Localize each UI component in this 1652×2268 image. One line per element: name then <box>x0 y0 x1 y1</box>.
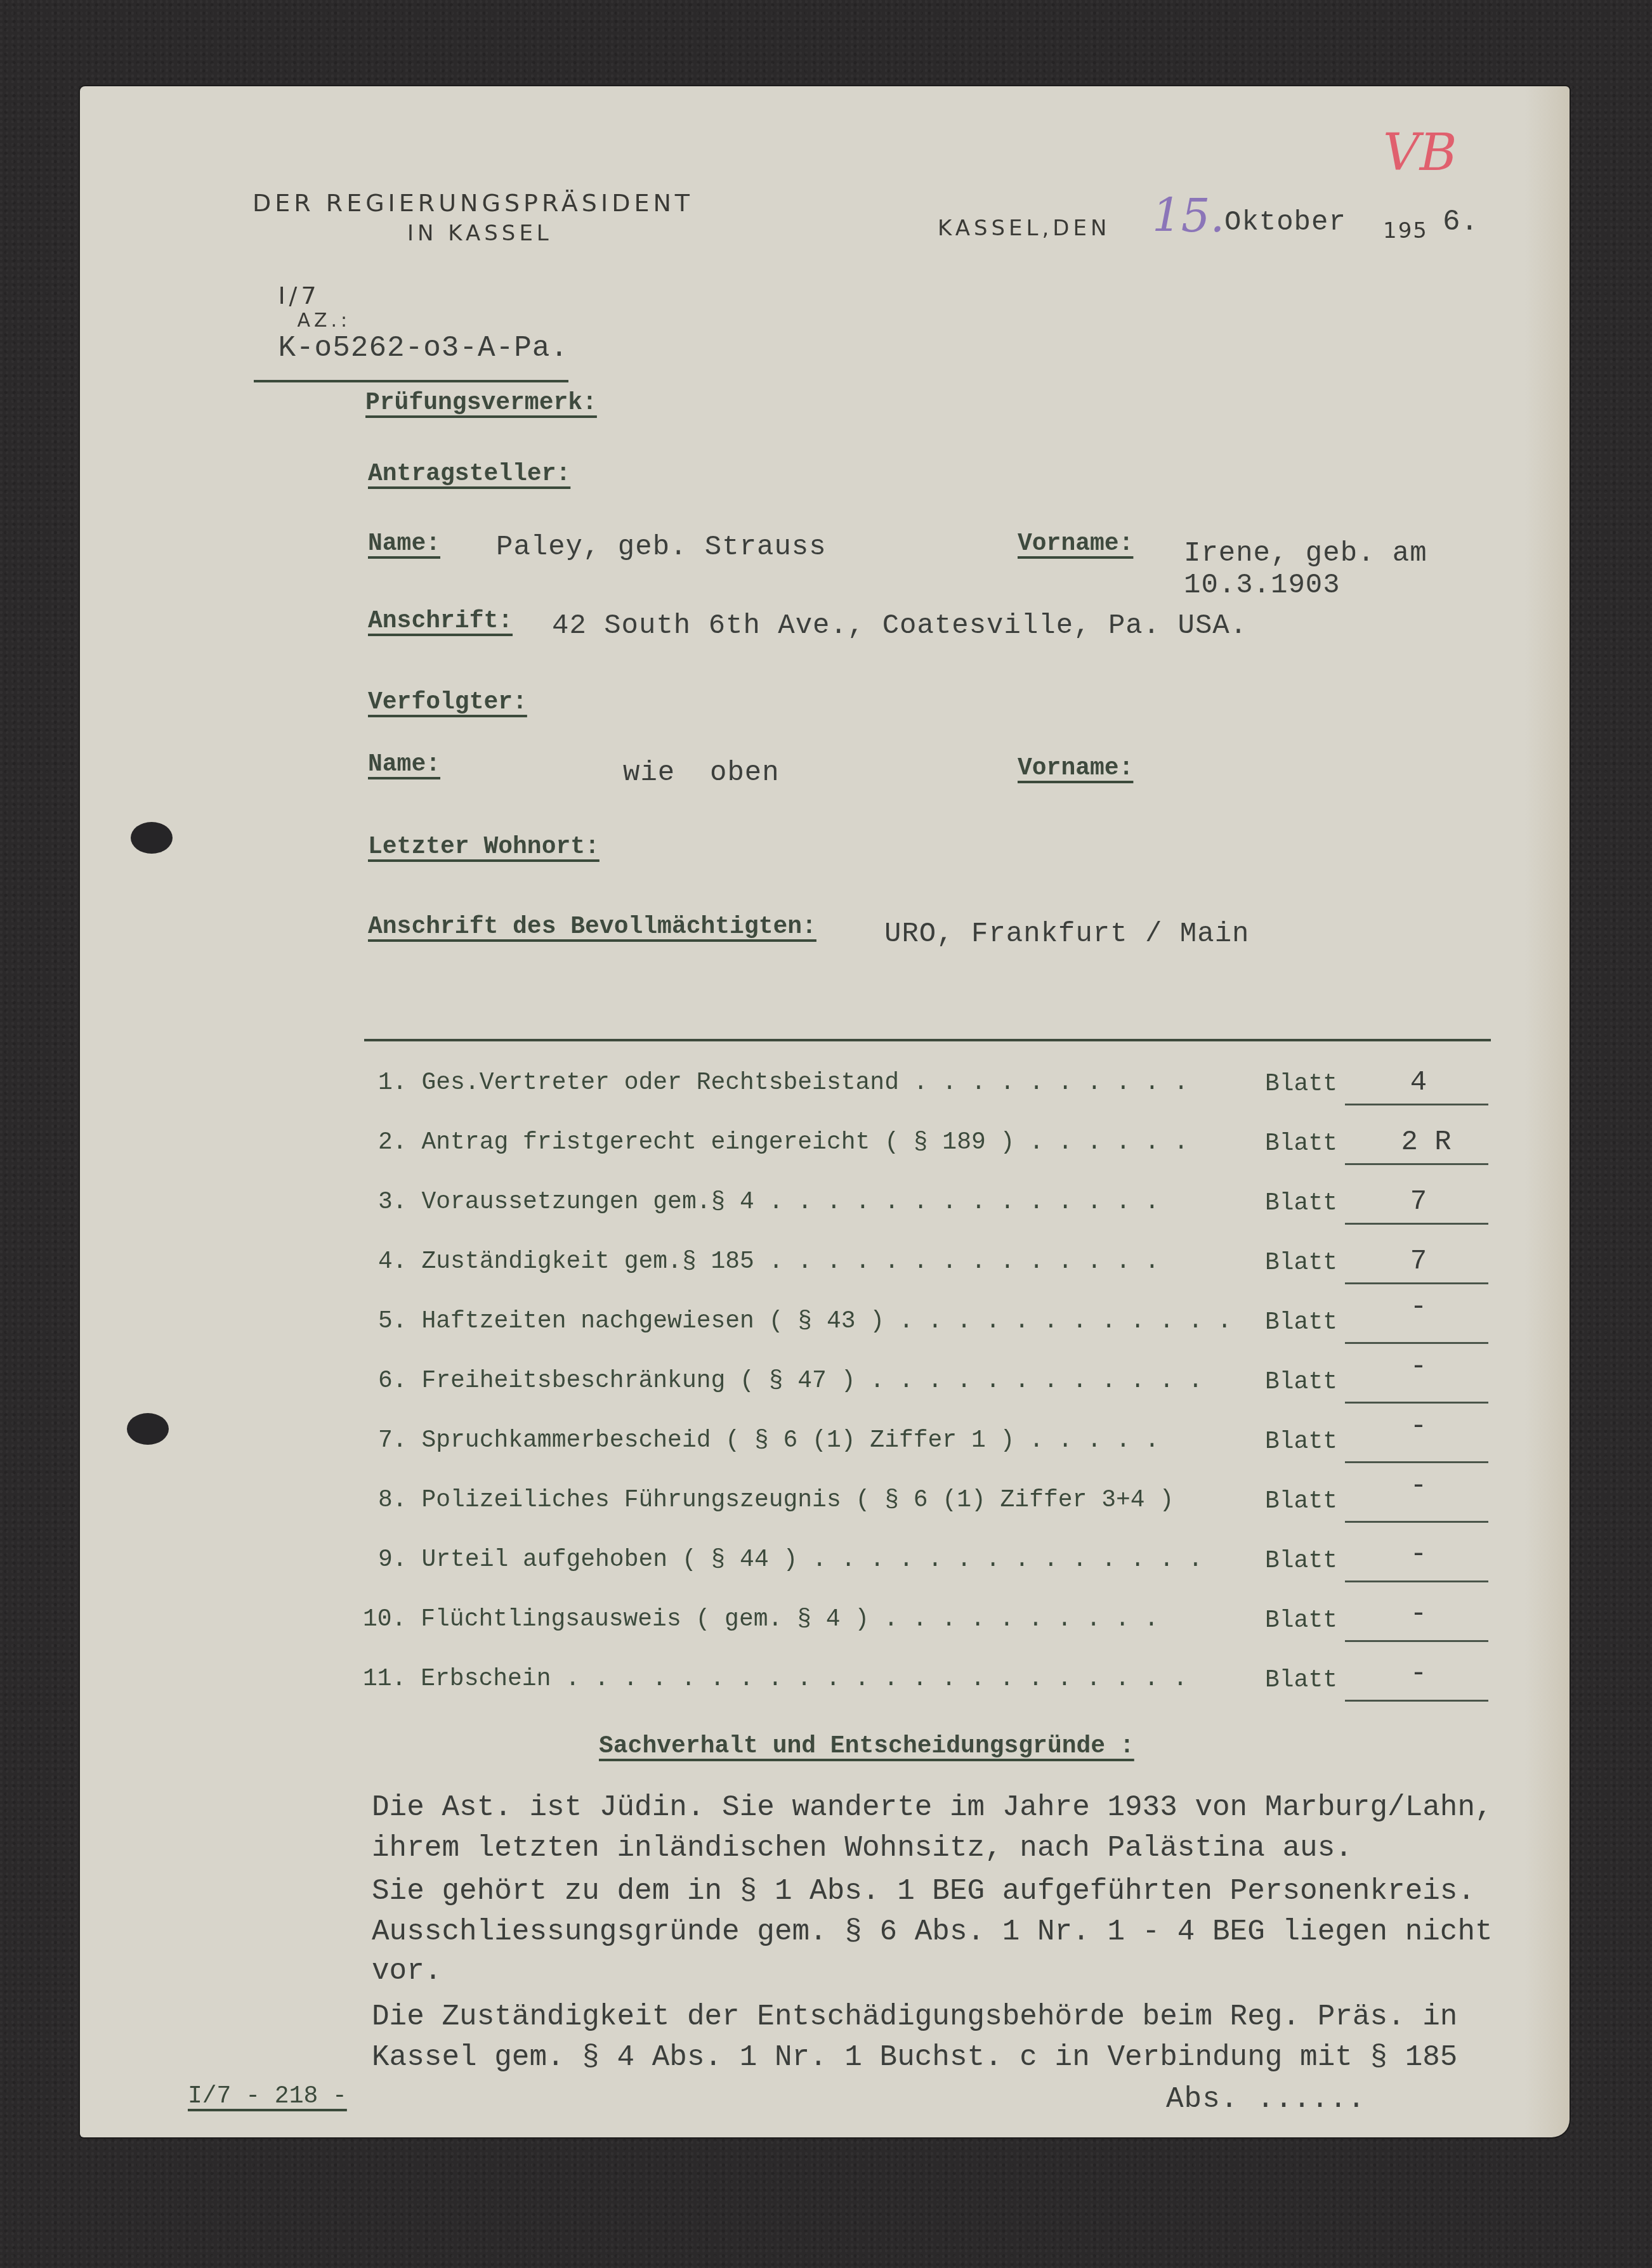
section-divider <box>364 1039 1491 1041</box>
item-text: Antrag fristgerecht eingereicht ( § 189 … <box>421 1129 1014 1156</box>
blatt-value: - <box>1349 1470 1488 1502</box>
document-page: VB DER REGIERUNGSPRÄSIDENT IN KASSEL I/7… <box>80 86 1570 2137</box>
checklist-item: 8. Polizeiliches Führungszeugnis ( § 6 (… <box>378 1487 1507 1514</box>
checklist-item: 5. Haftzeiten nachgewiesen ( § 43 ) . . … <box>378 1308 1507 1335</box>
date-year-suffix: 6. <box>1443 205 1479 238</box>
handwritten-initials-red: VB <box>1383 123 1457 182</box>
item-text: Freiheitsbeschränkung ( § 47 ) <box>421 1367 855 1395</box>
item-number: 9. <box>378 1546 407 1574</box>
punch-hole-bottom <box>127 1413 169 1445</box>
item-leader: . . . . . . . . . . <box>869 1606 1158 1633</box>
blatt-value-line <box>1345 1521 1488 1523</box>
blatt-value: - <box>1349 1539 1488 1570</box>
authority-city: IN KASSEL <box>407 221 553 246</box>
applicant-firstname-label: Vorname: <box>1018 530 1133 557</box>
applicant-address-label: Anschrift: <box>368 608 513 635</box>
item-text: Spruchkammerbescheid ( § 6 (1) Ziffer 1 … <box>421 1427 1014 1454</box>
item-leader: . . . . . . . . . . . . . . <box>754 1248 1160 1275</box>
item-leader: . . . . . . <box>1014 1129 1188 1156</box>
persecuted-name-value: wie oben <box>623 757 780 789</box>
persecuted-firstname-label: Vorname: <box>1018 755 1133 782</box>
blatt-value: 7 <box>1349 1186 1488 1218</box>
item-text: Voraussetzungen gem.§ 4 <box>421 1189 754 1216</box>
item-text: Polizeiliches Führungszeugnis ( § 6 (1) … <box>421 1487 1174 1514</box>
item-leader: . . . . . . . . . . <box>899 1069 1188 1097</box>
reasons-line: ihrem letzten inländischen Wohnsitz, nac… <box>372 1832 1353 1865</box>
blatt-value-line <box>1345 1223 1488 1225</box>
file-ref-value: K-o5262-o3-A-Pa. <box>278 332 568 365</box>
blatt-value-line <box>1345 1282 1488 1284</box>
blatt-value-line <box>1345 1163 1488 1165</box>
date-day-handwritten: 15. <box>1152 189 1225 242</box>
blatt-value: - <box>1349 1411 1488 1442</box>
reasons-line: vor. <box>372 1955 442 1988</box>
reasons-continuation: Abs. ...... <box>1166 2083 1366 2116</box>
persecuted-name-label: Name: <box>368 751 440 778</box>
item-number: 5. <box>378 1308 407 1335</box>
blatt-label: Blatt <box>1265 1309 1337 1336</box>
blatt-value-line <box>1345 1342 1488 1344</box>
item-number: 6. <box>378 1367 407 1395</box>
item-text: Ges.Vertreter oder Rechtsbeistand <box>421 1069 899 1097</box>
item-number: 8. <box>378 1487 407 1514</box>
checklist-item: 9. Urteil aufgehoben ( § 44 ) . . . . . … <box>378 1546 1507 1574</box>
blatt-value-line <box>1345 1402 1488 1404</box>
checklist-item: 6. Freiheitsbeschränkung ( § 47 ) . . . … <box>378 1367 1507 1395</box>
reasons-heading: Sachverhalt und Entscheidungsgründe : <box>599 1733 1134 1760</box>
blatt-label: Blatt <box>1265 1071 1337 1098</box>
blatt-label: Blatt <box>1265 1607 1337 1634</box>
checklist-item: 3. Voraussetzungen gem.§ 4 . . . . . . .… <box>378 1189 1507 1216</box>
blatt-label: Blatt <box>1265 1130 1337 1157</box>
proxy-address-value: URO, Frankfurt / Main <box>884 918 1250 950</box>
applicant-section-label: Antragsteller: <box>368 460 570 488</box>
form-number: I/7 - 218 - <box>188 2083 347 2110</box>
checklist-item: 4. Zuständigkeit gem.§ 185 . . . . . . .… <box>378 1248 1507 1275</box>
reasons-line: Sie gehört zu dem in § 1 Abs. 1 BEG aufg… <box>372 1875 1475 1908</box>
blatt-value: 2 R <box>1356 1126 1496 1158</box>
reasons-line: Die Ast. ist Jüdin. Sie wanderte im Jahr… <box>372 1791 1493 1824</box>
blatt-label: Blatt <box>1265 1190 1337 1217</box>
reasons-line: Die Zuständigkeit der Entschädigungsbehö… <box>372 2000 1457 2033</box>
blatt-value: - <box>1349 1291 1488 1323</box>
persecuted-section-label: Verfolgter: <box>368 689 527 716</box>
punch-hole-top <box>131 822 173 854</box>
item-text: Urteil aufgehoben ( § 44 ) <box>421 1546 797 1574</box>
blatt-value-line <box>1345 1104 1488 1105</box>
item-text: Erbschein <box>421 1665 551 1693</box>
blatt-value-line <box>1345 1640 1488 1642</box>
item-leader: . . . . . . . . . . . . . . <box>797 1546 1203 1574</box>
blatt-value: - <box>1349 1658 1488 1690</box>
item-number: 11. <box>363 1665 406 1693</box>
checklist-item: 1. Ges.Vertreter oder Rechtsbeistand . .… <box>378 1069 1507 1097</box>
blatt-value-line <box>1345 1580 1488 1582</box>
applicant-address-value: 42 South 6th Ave., Coatesville, Pa. USA. <box>552 610 1247 642</box>
blatt-value: - <box>1349 1598 1488 1630</box>
date-month: Oktober <box>1224 207 1346 238</box>
authority-name: DER REGIERUNGSPRÄSIDENT <box>252 189 693 217</box>
reasons-line: Ausschliessungsgründe gem. § 6 Abs. 1 Nr… <box>372 1915 1493 1948</box>
blatt-value: - <box>1349 1351 1488 1383</box>
blatt-value-line <box>1345 1461 1488 1463</box>
item-number: 10. <box>363 1606 406 1633</box>
item-text: Zuständigkeit gem.§ 185 <box>421 1248 754 1275</box>
last-residence-label: Letzter Wohnort: <box>368 833 600 861</box>
file-ref-prefix: I/7 <box>278 282 320 310</box>
blatt-label: Blatt <box>1265 1428 1337 1456</box>
date-year-prefix: 195 <box>1383 218 1428 244</box>
item-text: Haftzeiten nachgewiesen ( § 43 ) <box>421 1308 884 1335</box>
form-title: Prüfungsvermerk: <box>365 389 597 417</box>
blatt-label: Blatt <box>1265 1249 1337 1277</box>
applicant-name-label: Name: <box>368 530 440 557</box>
file-ref-label: AZ.: <box>297 310 351 332</box>
blatt-label: Blatt <box>1265 1488 1337 1515</box>
reasons-line: Kassel gem. § 4 Abs. 1 Nr. 1 Buchst. c i… <box>372 2041 1457 2074</box>
proxy-address-label: Anschrift des Bevollmächtigten: <box>368 913 816 941</box>
blatt-label: Blatt <box>1265 1667 1337 1694</box>
blatt-label: Blatt <box>1265 1369 1337 1396</box>
blatt-value-line <box>1345 1700 1488 1702</box>
item-leader: . . . . . . . . . . . . . . <box>754 1189 1160 1216</box>
checklist-item: 2. Antrag fristgerecht eingereicht ( § 1… <box>378 1129 1507 1156</box>
applicant-name-value: Paley, geb. Strauss <box>496 531 827 563</box>
item-number: 3. <box>378 1189 407 1216</box>
item-number: 4. <box>378 1248 407 1275</box>
blatt-value: 7 <box>1349 1246 1488 1277</box>
checklist-item: 7. Spruchkammerbescheid ( § 6 (1) Ziffer… <box>378 1427 1507 1454</box>
applicant-firstname-value: Irene, geb. am <box>1184 538 1427 570</box>
item-leader: . . . . . . . . . . . . <box>884 1308 1231 1335</box>
item-leader: . . . . . . . . . . . . . . . . . . . . … <box>551 1665 1187 1693</box>
item-number: 7. <box>378 1427 407 1454</box>
item-leader: . . . . . . . . . . . . <box>856 1367 1203 1395</box>
blatt-value: 4 <box>1349 1067 1488 1098</box>
file-reference: I/7 AZ.: K-o5262-o3-A-Pa. <box>254 270 568 382</box>
place-label: KASSEL,DEN <box>938 216 1110 241</box>
item-text: Flüchtlingsausweis ( gem. § 4 ) <box>421 1606 869 1633</box>
item-number: 1. <box>378 1069 407 1097</box>
applicant-birthdate-value: 10.3.1903 <box>1184 570 1341 601</box>
item-leader: . . . . . <box>1014 1427 1159 1454</box>
item-number: 2. <box>378 1129 407 1156</box>
blatt-label: Blatt <box>1265 1548 1337 1575</box>
